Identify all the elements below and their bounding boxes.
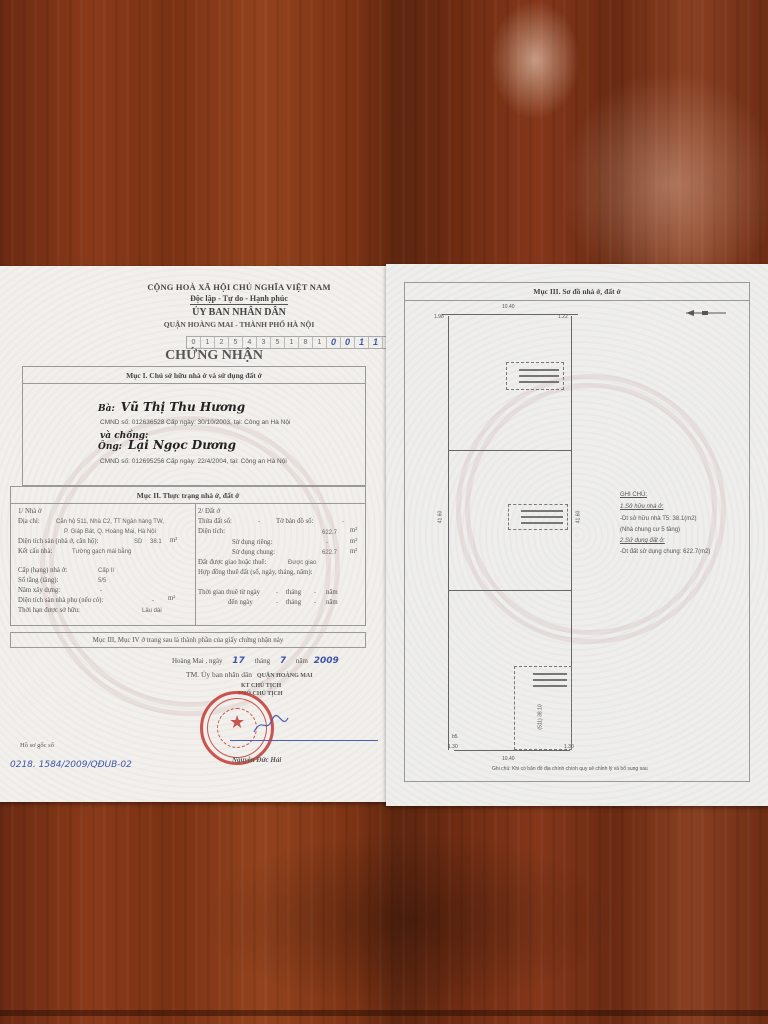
- serial-digit: 1: [313, 337, 327, 348]
- owner-label: Bà:: [98, 404, 115, 414]
- year-label: năm: [296, 657, 308, 665]
- signatory-line: TM. Ủy ban nhân dân QUẬN HOÀNG MAI: [186, 670, 313, 679]
- parcel-value: -: [258, 519, 260, 525]
- floor-area-unit: m²: [170, 537, 177, 544]
- section-heading: Mục II. Thực trạng nhà ở, đất ở: [11, 487, 365, 504]
- owner-2-id: CMND số: 012695256 Cấp ngày: 22/4/2004, …: [100, 458, 287, 465]
- owner-1-id: CMND số: 012636528 Cấp ngày: 30/10/2003,…: [100, 419, 290, 426]
- dim-corner-top-left: 1.98: [434, 314, 444, 320]
- land-area-unit: m²: [350, 527, 357, 534]
- section-property: Mục II. Thực trạng nhà ở, đất ở: [10, 486, 366, 626]
- shared-use-label: Sử dụng chung:: [232, 549, 275, 556]
- floor-area-value: 38.1: [150, 539, 162, 545]
- republic-header: CỘNG HOÀ XÃ HỘI CHỦ NGHĨA VIỆT NAM: [0, 282, 388, 292]
- date-place: Hoàng Mai , ngày: [172, 657, 223, 665]
- record-label: Hồ sơ gốc số: [20, 742, 54, 749]
- signature-line: [230, 740, 378, 741]
- owner-2: Ông:Lại Ngọc Dương: [98, 438, 236, 452]
- record-number: 0218. 1584/2009/QĐUB-02: [10, 760, 132, 770]
- lease-from-day: -: [276, 590, 278, 596]
- land-area-label: Diện tích:: [198, 528, 225, 535]
- parcel-label: Thửa đất số:: [198, 518, 232, 525]
- bottom-note: Ghi chú: Khi có bản đồ địa chính chính q…: [492, 766, 648, 772]
- district: QUẬN HOÀNG MAI - THÀNH PHỐ HÀ NỘI: [0, 320, 388, 329]
- allocation-label: Đất được giao hoặc thuê:: [198, 559, 266, 566]
- grade-label: Cấp (hạng) nhà ở:: [18, 567, 67, 574]
- lease-from-month-label: tháng: [286, 589, 301, 596]
- unit-label: (511) 38.10: [538, 704, 544, 729]
- address-label: Địa chỉ:: [18, 518, 40, 525]
- land-area-value: 622.7: [322, 530, 337, 536]
- lease-to-year-label: năm: [326, 599, 338, 606]
- serial-digit: 5: [271, 337, 285, 348]
- lease-contract-label: Hợp đồng thuê đất (số, ngày, tháng, năm)…: [198, 569, 313, 576]
- map-sheet-value: -: [342, 519, 344, 525]
- plan-divider: [448, 450, 572, 451]
- date-day: 17: [232, 656, 245, 666]
- section-heading: Mục III. Sơ đồ nhà ở, đất ở: [405, 283, 749, 301]
- serial-digit: 5: [229, 337, 243, 348]
- date-month: 7: [280, 656, 286, 666]
- serial-digit: 2: [215, 337, 229, 348]
- notes-title: GHI CHÚ:: [620, 492, 647, 498]
- date-year: 2009: [314, 656, 339, 666]
- footer-note: Mục III, Mục IV ở trang sau là thành phầ…: [10, 632, 366, 648]
- column-divider: [195, 504, 196, 626]
- date-line: Hoàng Mai , ngày 17 tháng 7 năm 2009: [172, 656, 339, 666]
- serial-digit-handwritten: 0: [341, 337, 355, 348]
- authority: ỦY BAN NHÂN DÂN: [0, 307, 388, 318]
- floor-area-label: Diện tích sàn (nhà ở, căn hộ):: [18, 538, 98, 545]
- shared-use-value: 622.7: [322, 550, 337, 556]
- map-sheet-label: Tờ bản đồ số:: [276, 518, 313, 525]
- stairwell: [508, 504, 568, 530]
- lease-to-day: -: [276, 600, 278, 606]
- lease-from-year-label: năm: [326, 589, 338, 596]
- motto: Độc lập - Tự do - Hạnh phúc: [0, 294, 388, 303]
- notes-item1-line1: -Dt sở hữu nhà T5: 38.1(m2): [620, 516, 697, 522]
- lease-from-month: -: [314, 590, 316, 596]
- certificate-right-page: Mục III. Sơ đồ nhà ở, đất ở 10.40 1.98 1…: [386, 264, 768, 806]
- aux-area-unit: m²: [168, 595, 175, 602]
- owner-name: Vũ Thị Thu Hương: [121, 400, 245, 414]
- dim-top-width: 10.40: [502, 304, 515, 310]
- dim-height-right: 41.60: [575, 511, 581, 524]
- serial-digit: 1: [285, 337, 299, 348]
- on-behalf: TM. Ủy ban nhân dân: [186, 670, 252, 679]
- month-label: tháng: [255, 657, 271, 665]
- grade-value: Cấp II: [98, 568, 114, 574]
- private-use-value: -: [326, 540, 328, 546]
- dim-corner-bottom-left: 1.30: [448, 744, 458, 750]
- notes-item1-line2: (Nhà chung cư 5 tầng): [620, 527, 680, 533]
- serial-digit-handwritten: 1: [355, 337, 369, 348]
- table-glare: [490, 0, 580, 120]
- section-heading: Mục I. Chủ sở hữu nhà ở và sử dụng đất ở: [23, 367, 365, 384]
- floors-value: 5/5: [98, 578, 106, 584]
- lease-to-month: -: [314, 600, 316, 606]
- certificate-title: CHỨNG NHẬN: [0, 348, 388, 364]
- serial-digit: 0: [187, 337, 201, 348]
- table-shadow: [200, 830, 620, 1010]
- notes-item1-title: 1.Sở hữu nhà ở:: [620, 504, 663, 510]
- section-owners: Mục I. Chủ sở hữu nhà ở và sử dụng đất ở: [22, 366, 366, 486]
- signatory-name: Nguyễn Đức Hải: [232, 756, 281, 764]
- house-title: 1/ Nhà ở: [18, 508, 42, 515]
- floor-area-prefix: SD: [134, 539, 142, 545]
- year-built-value: -: [100, 588, 102, 594]
- b5-label: b5: [452, 734, 458, 740]
- land-title: 2/ Đất ở: [198, 508, 220, 515]
- dim-corner-top-right: 1.22: [558, 314, 568, 320]
- owner-name: Lại Ngọc Dương: [128, 438, 236, 452]
- allocation-value: Được giao: [288, 560, 316, 566]
- serial-digit-handwritten: 1: [369, 337, 383, 348]
- ownership-term-label: Thời hạn được sở hữu:: [18, 607, 80, 614]
- private-use-unit: m²: [350, 538, 357, 545]
- table-edge: [0, 1010, 768, 1016]
- ownership-term-value: Lâu dài: [142, 608, 162, 614]
- plan-bottom-line: [454, 750, 570, 751]
- lease-to-label: đến ngày: [228, 599, 253, 606]
- plan-divider: [448, 590, 572, 591]
- serial-digit: 1: [201, 337, 215, 348]
- stairwell: [506, 362, 564, 390]
- structure-label: Kết cấu nhà:: [18, 548, 52, 555]
- north-arrow-icon: [684, 308, 728, 318]
- lease-to-month-label: tháng: [286, 599, 301, 606]
- dim-height-left: 41.60: [437, 511, 443, 524]
- signatory-role-1: KT CHỦ TỊCH: [241, 683, 281, 689]
- signatory-district: QUẬN HOÀNG MAI: [257, 673, 313, 679]
- aux-area-label: Diện tích sàn nhà phụ (nếu có):: [18, 597, 103, 604]
- serial-digit: 8: [299, 337, 313, 348]
- year-built-label: Năm xây dựng:: [18, 587, 60, 594]
- structure-value: Tường gạch mái bằng: [72, 549, 131, 555]
- lease-from-label: Thời gian thuê từ ngày: [198, 589, 260, 596]
- dim-bottom-width: 10.40: [502, 756, 515, 762]
- signature-scribble: [252, 712, 292, 736]
- owner-1: Bà:Vũ Thị Thu Hương: [98, 400, 245, 414]
- shared-use-unit: m²: [350, 548, 357, 555]
- notes-item2-title: 2.Sử dụng đất ở:: [620, 538, 665, 544]
- aux-area-value: -: [152, 598, 154, 604]
- address-line-1: Căn hộ 511, Nhà C2, TT Ngân hàng TW,: [56, 519, 164, 525]
- serial-digit: 4: [243, 337, 257, 348]
- star-icon: ★: [229, 712, 245, 733]
- serial-digit: 3: [257, 337, 271, 348]
- certificate-left-page: CỘNG HOÀ XÃ HỘI CHỦ NGHĨA VIỆT NAM Độc l…: [0, 266, 388, 802]
- notes-item2-line1: -Dt đất sử dụng chung: 622.7(m2): [620, 549, 710, 555]
- address-line-2: P. Giáp Bát, Q. Hoàng Mai, Hà Nội: [64, 529, 156, 535]
- owner-label: Ông:: [98, 442, 122, 452]
- serial-digit-handwritten: 0: [327, 337, 341, 348]
- private-use-label: Sử dụng riêng:: [232, 539, 272, 546]
- floors-label: Số tầng (tầng):: [18, 577, 58, 584]
